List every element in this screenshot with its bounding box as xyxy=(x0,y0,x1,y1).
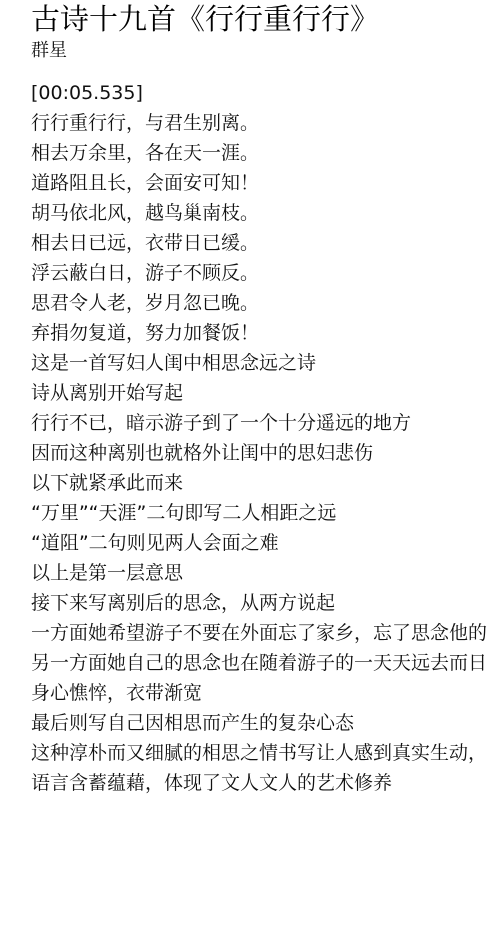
lyric-line: 接下来写离别后的思念，从两方说起 xyxy=(31,588,487,618)
lyric-line: 这是一首写妇人闺中相思念远之诗 xyxy=(31,348,487,378)
song-title: 古诗十九首《行行重行行》 xyxy=(31,0,487,38)
lyric-line: 另一方面她自己的思念也在随着游子的一天天远去而日 xyxy=(31,648,487,678)
lyric-line: 行行重行行，与君生别离。 xyxy=(31,108,487,138)
lyric-timestamp: [00:05.535] xyxy=(31,78,487,108)
lyric-line: 以上是第一层意思 xyxy=(31,558,487,588)
lyric-line: 以下就紧承此而来 xyxy=(31,468,487,498)
lyric-line: 相去万余里，各在天一涯。 xyxy=(31,138,487,168)
lyric-line: 弃捐勿复道，努力加餐饭！ xyxy=(31,318,487,348)
lyric-line: 浮云蔽白日，游子不顾反。 xyxy=(31,258,487,288)
lyric-line: 这种淳朴而又细腻的相思之情书写让人感到真实生动， xyxy=(31,738,487,768)
lyric-line: 身心憔悴，衣带渐宽 xyxy=(31,678,487,708)
lyric-line: “万里”“天涯”二句即写二人相距之远 xyxy=(31,498,487,528)
lyric-line: 一方面她希望游子不要在外面忘了家乡，忘了思念他的 xyxy=(31,618,487,648)
lyrics-page: 古诗十九首《行行重行行》 群星 [00:05.535] 行行重行行，与君生别离。… xyxy=(31,0,487,798)
lyric-line: 相去日已远，衣带日已缓。 xyxy=(31,228,487,258)
lyric-line: 语言含蓄蕴藉，体现了文人文人的艺术修养 xyxy=(31,768,487,798)
lyric-line: 最后则写自己因相思而产生的复杂心态 xyxy=(31,708,487,738)
lyric-line: 道路阻且长，会面安可知！ xyxy=(31,168,487,198)
lyric-line: 行行不已，暗示游子到了一个十分遥远的地方 xyxy=(31,408,487,438)
lyric-line: 诗从离别开始写起 xyxy=(31,378,487,408)
lyrics-list: [00:05.535] 行行重行行，与君生别离。 相去万余里，各在天一涯。 道路… xyxy=(31,78,487,798)
lyric-line: 思君令人老，岁月忽已晚。 xyxy=(31,288,487,318)
lyric-line: 因而这种离别也就格外让闺中的思妇悲伤 xyxy=(31,438,487,468)
song-artist: 群星 xyxy=(31,38,487,64)
lyric-line: “道阻”二句则见两人会面之难 xyxy=(31,528,487,558)
lyric-line: 胡马依北风，越鸟巢南枝。 xyxy=(31,198,487,228)
